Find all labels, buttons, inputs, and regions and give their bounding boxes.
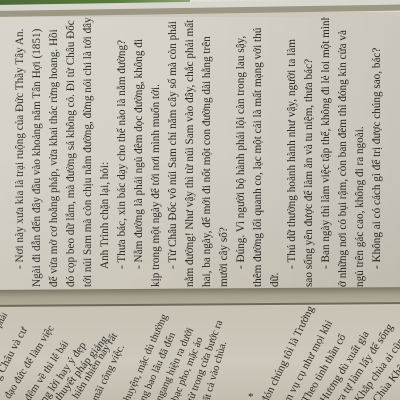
text-line: hai, ba ngày, để mới đi nốt một con đườn… (199, 39, 216, 287)
text-line: - Từ Châu Đốc vô núi Sam chỉ năm cây số … (165, 39, 182, 287)
lower-book-page: phảing Châu và cưđạo đức để làm việcđêm … (0, 306, 400, 400)
text-line: dữ. (267, 39, 284, 287)
text-line: ở những nơi có bụi rậm, còn ban đêm thì … (335, 39, 352, 287)
text-line: kịp trong một ngày để tới nơi mình muốn … (148, 39, 165, 287)
text-line: thêm đường lối quanh co, lạc một cái là … (250, 39, 267, 287)
text-fragment: phải (0, 311, 9, 329)
text-fragment: * (248, 391, 254, 400)
text-line: ngủ trên gác cao, không đi ra ngoài. (352, 39, 369, 287)
text-line: tới núi Sam mà còn chịu nằm đường, đừng … (80, 39, 97, 287)
text-line: đó cọp beo dữ lắm, mà đường sá không có.… (63, 39, 80, 287)
text-line: - Đúng. Vì người bộ hành phải lội càn tr… (233, 39, 250, 287)
text-line: Ngài đi dẫn đến đây đầu vào khoảng năm T… (29, 39, 46, 287)
text-line: - Thưa bác, xin bác dạy cho thế nào là n… (114, 39, 131, 287)
text-line: nằm đường! Như vậy thì từ núi Sam vào đâ… (182, 39, 199, 287)
page-text: - Nơi này xưa kia là trại ruộng của Đức … (12, 39, 386, 287)
text-line: - Nằm đường là phải ngủ đêm dọc đường, k… (131, 39, 148, 287)
text-line: - Nơi này xưa kia là trại ruộng của Đức … (12, 39, 29, 287)
text-line: Anh Trình chặn lại, hỏi: (97, 39, 114, 287)
main-book-page: - Nơi này xưa kia là trại ruộng của Đức … (0, 17, 400, 295)
text-line: mười cây số? (216, 39, 233, 287)
book-photo: - Nơi này xưa kia là trại ruộng của Đức … (0, 0, 400, 400)
text-line: để vừa mở cơ hoằng pháp, vừa khai thác r… (46, 39, 63, 287)
text-line: sao sống yên được để làm ăn và tu niệm, … (301, 39, 318, 287)
text-line: - Không ai có cách gì để trị được chúng … (369, 39, 386, 287)
text-line: - Ban ngày thì làm việc tập thể, không đ… (318, 39, 335, 287)
text-line: - Thú dữ thường hoành hành như vậy, ngườ… (284, 39, 301, 287)
